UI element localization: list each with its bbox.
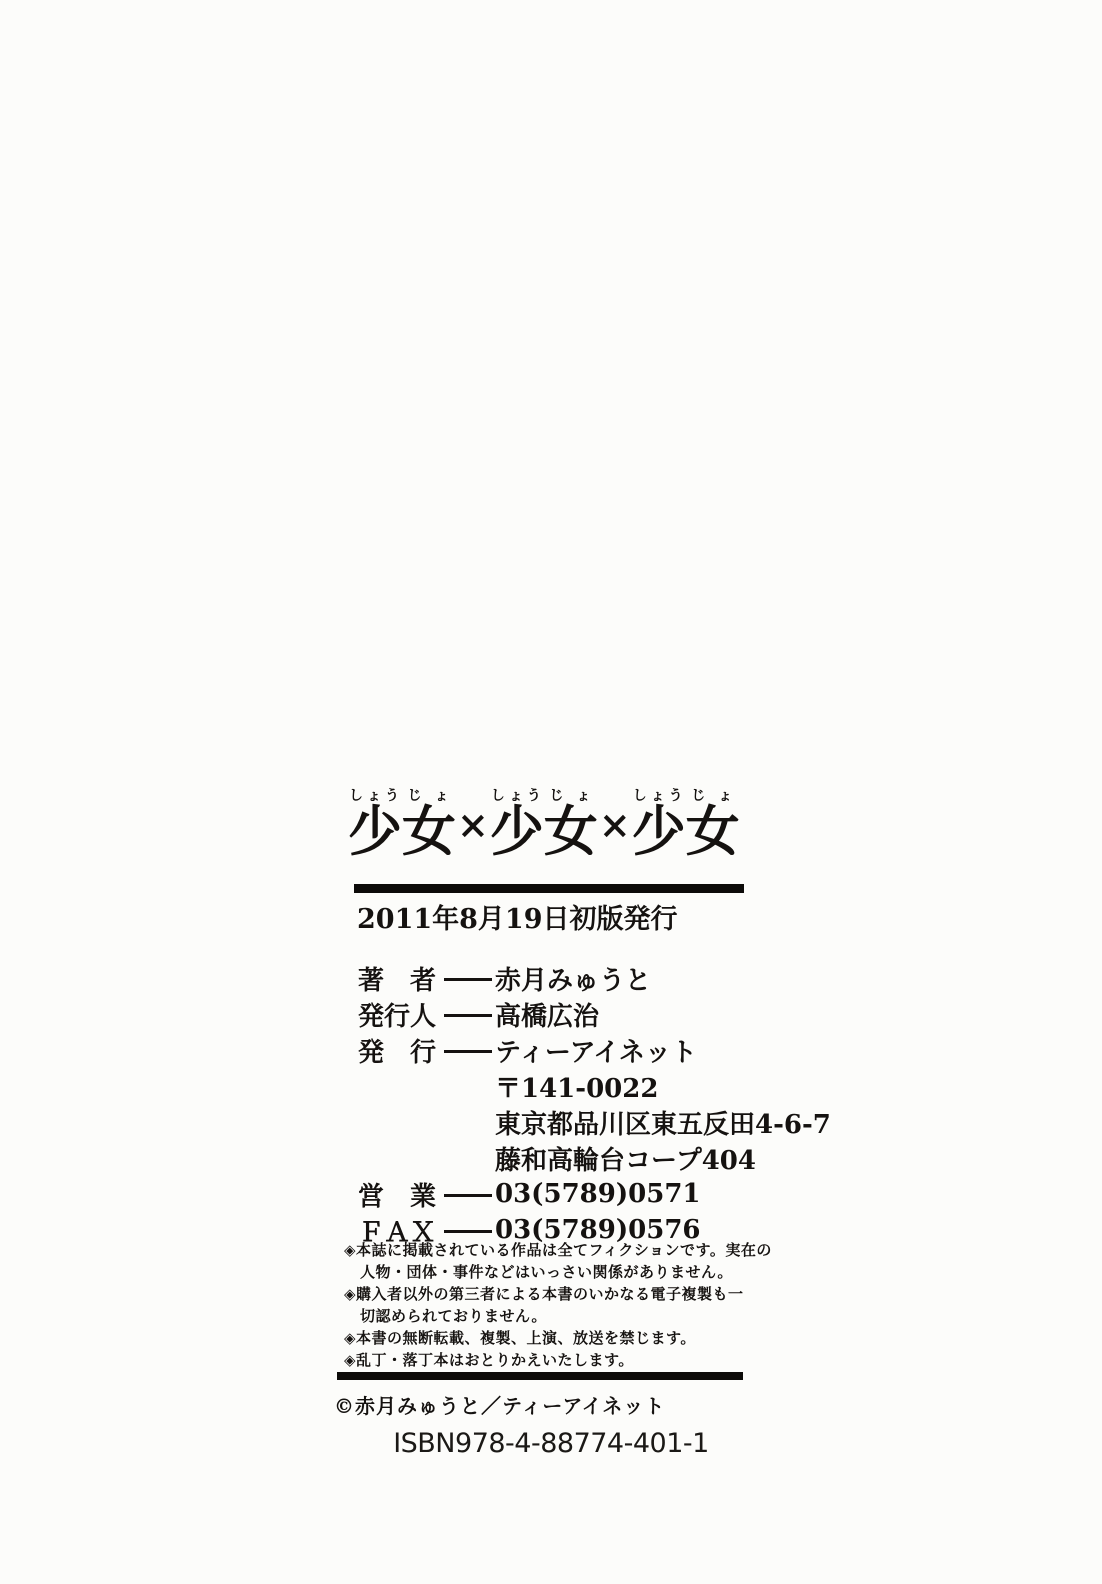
title-furigana: しょう xyxy=(632,788,686,804)
notice-line: ◈本誌に掲載されている作品は全てフィクションです。実在の xyxy=(344,1239,772,1261)
sales-phone: 03(5789)0571 xyxy=(495,1179,701,1209)
label-dash xyxy=(444,978,492,981)
title-base: 女 xyxy=(686,799,740,863)
title-furigana: じょ xyxy=(544,788,598,804)
copyright-line: ©赤月みゅうと／ティーアイネット xyxy=(334,1390,665,1419)
title-kanji-2: 女じょ xyxy=(402,799,456,863)
label-dash xyxy=(444,1014,492,1017)
label-dash xyxy=(444,1230,492,1233)
contact-row-sales: 営 業 03(5789)0571 xyxy=(358,1176,831,1212)
colophon-page: 少しょう女じょ×少しょう女じょ×少しょう女じょ 2011年8月19日初版発行 著… xyxy=(0,0,1102,1584)
title-kanji-4: 女じょ xyxy=(544,799,598,863)
address-street: 東京都品川区東五反田4-6-7 xyxy=(358,1104,831,1140)
credit-label: 発行人 xyxy=(358,996,440,1033)
book-title: 少しょう女じょ×少しょう女じょ×少しょう女じょ xyxy=(348,788,740,862)
label-dash xyxy=(444,1050,492,1053)
contact-label: 営 業 xyxy=(358,1176,440,1213)
notice-line: ◈乱丁・落丁本はおとりかえいたします。 xyxy=(344,1349,772,1371)
credit-row-author: 著 者 赤月みゅうと xyxy=(358,960,831,996)
title-furigana: しょう xyxy=(490,788,544,804)
credit-row-publisher: 発 行 ティーアイネット xyxy=(358,1032,831,1068)
publication-info: 著 者 赤月みゅうと 発行人 高橋広治 発 行 ティーアイネット 〒141-00… xyxy=(358,960,831,1248)
times-sign: × xyxy=(456,802,490,847)
street-address: 東京都品川区東五反田4-6-7 xyxy=(495,1104,831,1141)
title-furigana: じょ xyxy=(686,788,740,804)
title-base: 少 xyxy=(632,799,686,863)
author-name: 赤月みゅうと xyxy=(495,960,651,997)
label-dash xyxy=(444,1194,492,1197)
isbn-number: ISBN978-4-88774-401-1 xyxy=(0,1428,1102,1459)
title-base: 少 xyxy=(348,799,402,863)
title-base: 女 xyxy=(402,799,456,863)
credit-row-issuer: 発行人 高橋広治 xyxy=(358,996,831,1032)
title-kanji-5: 少しょう xyxy=(632,799,686,863)
publisher-name: ティーアイネット xyxy=(495,1032,697,1069)
title-furigana: じょ xyxy=(402,788,456,804)
postal-code: 〒141-0022 xyxy=(495,1068,658,1105)
notice-line: ◈購入者以外の第三者による本書のいかなる電子複製も一 xyxy=(344,1283,772,1305)
title-kanji-6: 女じょ xyxy=(686,799,740,863)
title-kanji-1: 少しょう xyxy=(348,799,402,863)
address-postal-code: 〒141-0022 xyxy=(358,1068,831,1104)
edition-date: 2011年8月19日初版発行 xyxy=(357,897,678,936)
title-base: 女 xyxy=(544,799,598,863)
credit-label: 発 行 xyxy=(358,1032,440,1069)
title-kanji-3: 少しょう xyxy=(490,799,544,863)
times-sign: × xyxy=(598,802,632,847)
title-base: 少 xyxy=(490,799,544,863)
address-building: 藤和高輪台コープ404 xyxy=(358,1140,831,1176)
legal-notices: ◈本誌に掲載されている作品は全てフィクションです。実在の 人物・団体・事件などは… xyxy=(344,1239,772,1371)
bottom-divider-rule xyxy=(337,1372,743,1380)
title-divider-rule xyxy=(354,884,744,893)
issuer-name: 高橋広治 xyxy=(495,996,599,1033)
title-furigana: しょう xyxy=(348,788,402,804)
notice-line-continuation: 切認められておりません。 xyxy=(344,1305,772,1327)
notice-line-continuation: 人物・団体・事件などはいっさい関係がありません。 xyxy=(344,1261,772,1283)
notice-line: ◈本書の無断転載、複製、上演、放送を禁じます。 xyxy=(344,1327,772,1349)
building-address: 藤和高輪台コープ404 xyxy=(495,1140,756,1177)
credit-label: 著 者 xyxy=(358,960,440,997)
